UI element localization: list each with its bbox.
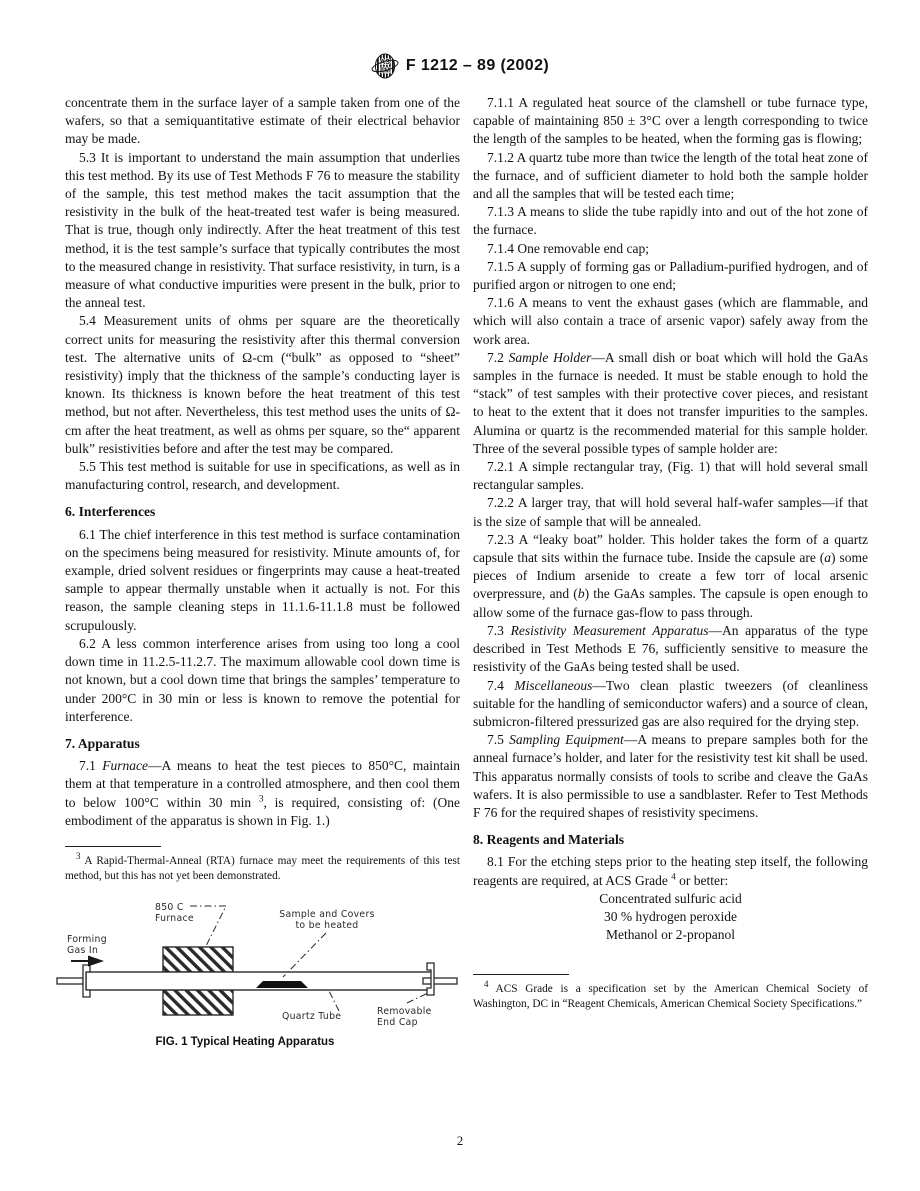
left-column: concentrate them in the surface layer of… [65, 94, 460, 1048]
astm-logo-icon: AS TM [371, 52, 399, 80]
footnote-3: 3 A Rapid-Thermal-Anneal (RTA) furnace m… [65, 854, 460, 884]
text-run: 7.1.3 A means to slide the tube rapidly … [473, 204, 868, 237]
tube-label: Quartz Tube [282, 1011, 341, 1022]
text-run: Sample Holder [509, 350, 592, 365]
reagent-line: Methanol or 2-propanol [473, 926, 868, 944]
section-heading: 8. Reagents and Materials [473, 831, 868, 849]
text-run: Sampling Equipment [509, 732, 624, 747]
furnace-label-line2: Furnace [155, 913, 194, 924]
text-run: 5.5 This test method is suitable for use… [65, 459, 460, 492]
paragraph: 7.1.3 A means to slide the tube rapidly … [473, 203, 868, 239]
right-column-text: 7.1.1 A regulated heat source of the cla… [473, 94, 868, 944]
text-run: 7.2.2 A larger tray, that will hold seve… [473, 495, 868, 528]
text-run: 7.1.6 A means to vent the exhaust gases … [473, 295, 868, 346]
sample-leader-line [283, 933, 326, 977]
text-run: 7.2.3 A “leaky boat” holder. This holder… [473, 532, 868, 565]
text-run: Furnace [102, 758, 148, 773]
paragraph: 7.1.1 A regulated heat source of the cla… [473, 94, 868, 149]
gas-outlet-pipe [423, 978, 457, 984]
paragraph: 7.1.5 A supply of forming gas or Palladi… [473, 258, 868, 294]
furnace-leader-line [190, 906, 226, 946]
paragraph: 7.1 Furnace—A means to heat the test pie… [65, 757, 460, 830]
footnote-4: 4 ACS Grade is a specification set by th… [473, 982, 868, 1012]
heating-apparatus-drawing: 850 C Furnace Forming Gas In Sample and … [30, 893, 460, 1030]
text-run: b [578, 586, 585, 601]
sample-label-line1: Sample and Covers [279, 909, 374, 920]
paragraph: 7.4 Miscellaneous—Two clean plastic twee… [473, 677, 868, 732]
text-run: 7.3 [487, 623, 511, 638]
gas-label-line1: Forming [67, 934, 107, 945]
text-run: 7.1.4 One removable end cap; [487, 241, 649, 256]
paragraph: 6.1 The chief interference in this test … [65, 526, 460, 635]
right-column: 7.1.1 A regulated heat source of the cla… [473, 94, 868, 1048]
tube-leader-line [329, 991, 339, 1011]
paragraph: 7.3 Resistivity Measurement Apparatus—An… [473, 622, 868, 677]
page-number: 2 [0, 1133, 920, 1149]
furnace-block-lower [163, 990, 233, 1015]
footnote-divider [473, 974, 569, 975]
section-heading: 7. Apparatus [65, 735, 460, 753]
paragraph: 7.2.2 A larger tray, that will hold seve… [473, 494, 868, 530]
document-page: { "colors": { "ink": "#121212", "paper":… [0, 0, 920, 1191]
furnace-block-upper [163, 947, 233, 972]
paragraph: 7.2 Sample Holder—A small dish or boat w… [473, 349, 868, 458]
paragraph: 7.1.2 A quartz tube more than twice the … [473, 149, 868, 204]
reagent-line: 30 % hydrogen peroxide [473, 908, 868, 926]
text-run: 7.1 [79, 758, 102, 773]
text-run: 6.1 The chief interference in this test … [65, 527, 460, 633]
text-run: or better: [676, 873, 728, 888]
paragraph: 8.1 For the etching steps prior to the h… [473, 853, 868, 889]
section-heading: 6. Interferences [65, 503, 460, 521]
text-run: 7.4 [487, 678, 514, 693]
paragraph: 7.5 Sampling Equipment—A means to prepar… [473, 731, 868, 822]
paragraph: 6.2 A less common interference arises fr… [65, 635, 460, 726]
paragraph: 7.2.3 A “leaky boat” holder. This holder… [473, 531, 868, 622]
paragraph: 7.1.6 A means to vent the exhaust gases … [473, 294, 868, 349]
figure-1: 850 C Furnace Forming Gas In Sample and … [30, 893, 460, 1048]
cap-label-line2: End Cap [377, 1017, 418, 1028]
text-run: concentrate them in the surface layer of… [65, 95, 460, 146]
text-run: 7.1.2 A quartz tube more than twice the … [473, 150, 868, 201]
cap-label-line1: Removable [377, 1006, 432, 1017]
text-run: 5.3 It is important to understand the ma… [65, 150, 460, 311]
text-run: 7.2 [487, 350, 509, 365]
text-run: 7.5 [487, 732, 509, 747]
text-run: 7.1.5 A supply of forming gas or Palladi… [473, 259, 868, 292]
text-run: Resistivity Measurement Apparatus [511, 623, 709, 638]
cap-leader-line [407, 993, 428, 1003]
paragraph: 7.2.1 A simple rectangular tray, (Fig. 1… [473, 458, 868, 494]
text-run: Miscellaneous [514, 678, 592, 693]
two-column-body: concentrate them in the surface layer of… [65, 94, 868, 1048]
paragraph: concentrate them in the surface layer of… [65, 94, 460, 149]
paragraph: 7.1.4 One removable end cap; [473, 240, 868, 258]
text-run: —A small dish or boat which will hold th… [473, 350, 868, 456]
figure-1-caption: FIG. 1 Typical Heating Apparatus [30, 1036, 460, 1048]
sample-in-tube [256, 981, 308, 988]
text-run: 5.4 Measurement units of ohms per square… [65, 313, 460, 455]
footnote-divider [65, 846, 161, 847]
paragraph: 5.3 It is important to understand the ma… [65, 149, 460, 313]
reagent-line: Concentrated sulfuric acid [473, 890, 868, 908]
gas-label-line2: Gas In [67, 945, 98, 956]
furnace-label-line1: 850 C [155, 902, 184, 913]
footnote-3-text: A Rapid-Thermal-Anneal (RTA) furnace may… [65, 855, 460, 882]
text-run: 7.2.1 A simple rectangular tray, (Fig. 1… [473, 459, 868, 492]
gas-inlet-pipe [57, 978, 83, 984]
text-run: 7.1.1 A regulated heat source of the cla… [473, 95, 868, 146]
sample-label-line2: to be heated [295, 920, 358, 931]
standard-designation: F 1212 – 89 (2002) [406, 57, 549, 75]
page-header: AS TM F 1212 – 89 (2002) [0, 52, 920, 80]
paragraph: 5.4 Measurement units of ohms per square… [65, 312, 460, 458]
left-column-text: concentrate them in the surface layer of… [65, 94, 460, 830]
text-run: 6.2 A less common interference arises fr… [65, 636, 460, 724]
paragraph: 5.5 This test method is suitable for use… [65, 458, 460, 494]
footnote-4-text: ACS Grade is a specification set by the … [473, 983, 868, 1010]
